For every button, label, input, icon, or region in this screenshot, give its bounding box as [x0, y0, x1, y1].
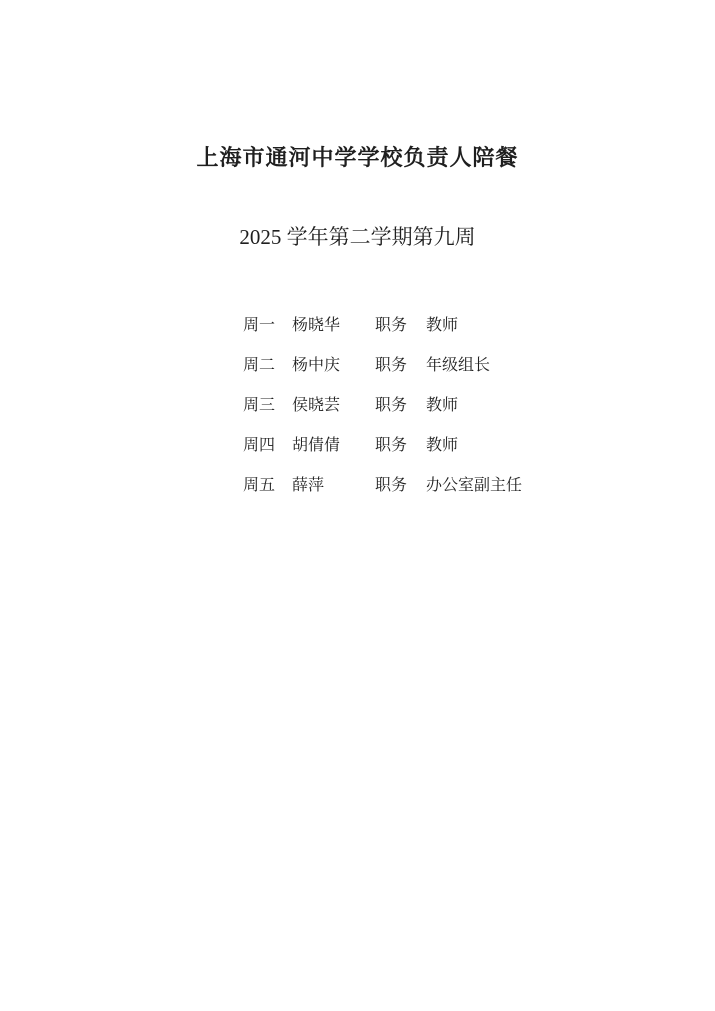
day-label: 周四 — [243, 438, 292, 454]
document-subtitle: 2025 学年第二学期第九周 — [0, 227, 715, 248]
duty-roster: 周一 杨晓华 职务 教师 周二 杨中庆 职务 年级组长 周三 侯晓芸 职务 教师… — [0, 306, 715, 506]
roster-row-wednesday: 周三 侯晓芸 职务 教师 — [243, 386, 715, 426]
position-label: 职务 — [375, 478, 426, 494]
roster-row-friday: 周五 薛萍 职务 办公室副主任 — [243, 466, 715, 506]
roster-row-thursday: 周四 胡倩倩 职务 教师 — [243, 426, 715, 466]
person-name: 杨中庆 — [292, 358, 375, 374]
day-label: 周五 — [243, 478, 292, 494]
roster-row-monday: 周一 杨晓华 职务 教师 — [243, 306, 715, 346]
day-label: 周一 — [243, 318, 292, 334]
document-title: 上海市通河中学学校负责人陪餐 — [0, 147, 715, 169]
day-label: 周三 — [243, 398, 292, 414]
person-name: 侯晓芸 — [292, 398, 375, 414]
position-label: 职务 — [375, 318, 426, 334]
document-page: 上海市通河中学学校负责人陪餐 2025 学年第二学期第九周 周一 杨晓华 职务 … — [0, 0, 715, 1011]
position-value: 办公室副主任 — [426, 478, 522, 494]
position-value: 教师 — [426, 318, 458, 334]
person-name: 薛萍 — [292, 478, 375, 494]
position-value: 教师 — [426, 438, 458, 454]
position-label: 职务 — [375, 398, 426, 414]
day-label: 周二 — [243, 358, 292, 374]
position-label: 职务 — [375, 358, 426, 374]
position-label: 职务 — [375, 438, 426, 454]
person-name: 杨晓华 — [292, 318, 375, 334]
position-value: 教师 — [426, 398, 458, 414]
position-value: 年级组长 — [426, 358, 490, 374]
roster-row-tuesday: 周二 杨中庆 职务 年级组长 — [243, 346, 715, 386]
person-name: 胡倩倩 — [292, 438, 375, 454]
